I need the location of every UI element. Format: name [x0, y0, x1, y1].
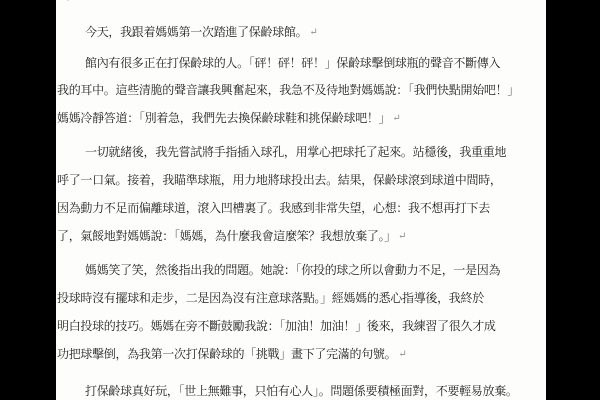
paragraph-mark: ↵ [398, 231, 406, 242]
text-line: 今天，我跟着媽媽第一次踏進了保齡球館。↵ [85, 25, 318, 40]
text-line: 館內有很多正在打保齡球的人。「砰！砰！砰！」保齡球擊倒球瓶的聲音不斷傳入 [85, 56, 500, 71]
line-text: 媽媽笑了笑，然後指出我的問題。她說：「你投的球之所以會動力不足，一是因為 [85, 263, 500, 277]
line-text: 我的耳中。這些清脆的聲音讓我興奮起來，我急不及待地對媽媽說：「我們快點開始吧！」 [57, 83, 519, 97]
document-page: ↵ 今天，我跟着媽媽第一次踏進了保齡球館。↵ 館內有很多正在打保齡球的人。「砰！… [56, 0, 546, 400]
line-text: 明白投球的技巧。媽媽在旁不斷鼓勵我說：「加油！加油！」後來，我練習了很久才成 [57, 319, 496, 333]
line-text: 呼了一口氣。接着，我瞄準球瓶，用力地將球投出去。結果，保齡球滾到球道中間時， [57, 173, 502, 187]
text-line: 一切就緒後，我先嘗試將手指插入球孔，用掌心把球托了起來。站穩後，我重重地 [85, 145, 506, 160]
text-line: 呼了一口氣。接着，我瞄準球瓶，用力地將球投出去。結果，保齡球滾到球道中間時， [57, 173, 502, 188]
paragraph-mark: ↵ [65, 0, 73, 5]
line-text: 投球時沒有擺球和走步，二是因為沒有注意球落點。」經媽媽的悉心指導後，我終於 [57, 291, 484, 305]
line-text: 館內有很多正在打保齡球的人。「砰！砰！砰！」保齡球擊倒球瓶的聲音不斷傳入 [85, 56, 500, 70]
line-text: 一切就緒後，我先嘗試將手指插入球孔，用掌心把球托了起來。站穩後，我重重地 [85, 145, 506, 159]
line-text: 功把球擊倒，為我第一次打保齡球的「挑戰」畫下了完滿的句號。 [57, 347, 396, 361]
paragraph-mark: ↵ [309, 27, 317, 38]
paragraph-mark: ↵ [398, 349, 406, 360]
text-line: 打保齡球真好玩，「世上無難事，只怕有心人」。問題係要積極面對，不要輕易放棄。 [85, 384, 518, 399]
text-line: 因為動力不足而偏離球道，滾入凹槽裏了。我感到非常失望，心想：我不想再打下去 [57, 201, 490, 216]
line-text: 因為動力不足而偏離球道，滾入凹槽裏了。我感到非常失望，心想：我不想再打下去 [57, 201, 490, 215]
text-line: 我的耳中。這些清脆的聲音讓我興奮起來，我急不及待地對媽媽說：「我們快點開始吧！」 [57, 83, 519, 98]
text-line: 明白投球的技巧。媽媽在旁不斷鼓勵我說：「加油！加油！」後來，我練習了很久才成 [57, 319, 496, 334]
paragraph-mark: ↵ [392, 113, 400, 124]
line-text: 媽媽冷靜答道：「別着急，我們先去換保齡球鞋和挑保齡球吧！」 [57, 111, 390, 125]
line-text: 打保齡球真好玩，「世上無難事，只怕有心人」。問題係要積極面對，不要輕易放棄。 [85, 384, 518, 398]
text-line: 投球時沒有擺球和走步，二是因為沒有注意球落點。」經媽媽的悉心指導後，我終於 [57, 291, 484, 306]
text-line: 了，氣餒地對媽媽說：「媽媽，為什麼我會這麼笨？我想放棄了。」↵ [57, 229, 406, 244]
document-viewer: ↵ 今天，我跟着媽媽第一次踏進了保齡球館。↵ 館內有很多正在打保齡球的人。「砰！… [0, 0, 600, 400]
text-line: 功把球擊倒，為我第一次打保齡球的「挑戰」畫下了完滿的句號。↵ [57, 347, 407, 362]
text-line: 媽媽冷靜答道：「別着急，我們先去換保齡球鞋和挑保齡球吧！」↵ [57, 111, 401, 126]
line-text: 今天，我跟着媽媽第一次踏進了保齡球館。 [85, 25, 307, 39]
line-text: 了，氣餒地對媽媽說：「媽媽，為什麼我會這麼笨？我想放棄了。」 [57, 229, 396, 243]
text-line: 媽媽笑了笑，然後指出我的問題。她說：「你投的球之所以會動力不足，一是因為 [85, 263, 500, 278]
